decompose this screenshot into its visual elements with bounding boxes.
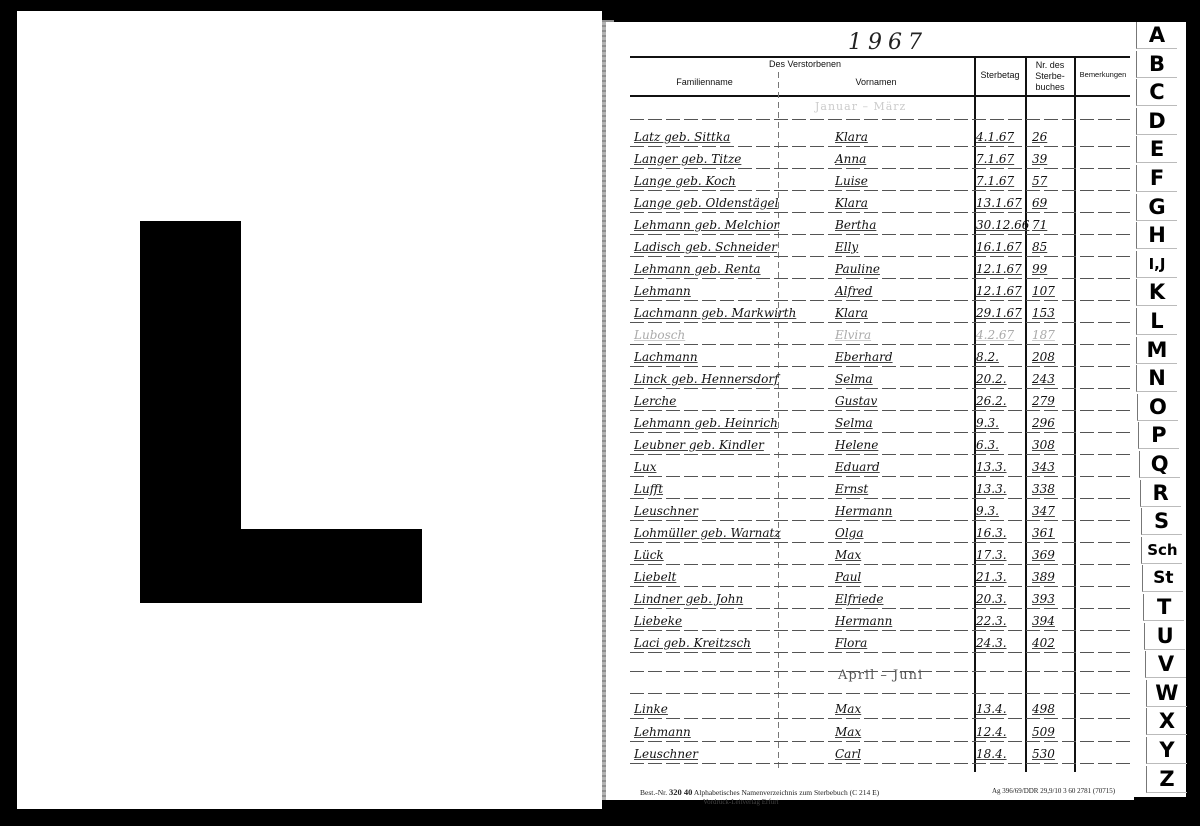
header-nr: Nr. des Sterbe-buches (1026, 60, 1074, 93)
ledger-row: Lachmann geb. MarkwirthKlara29.1.67153 (630, 301, 1130, 323)
print-code: Ag 396/69/DDR 29,9/10 3 60 2781 (70715) (992, 787, 1115, 795)
order-prefix: Best.-Nr. (640, 788, 667, 797)
death-date: 18.4. (976, 747, 1007, 761)
ledger-row: LiebeltPaul21.3.389 (630, 565, 1130, 587)
family-name: Linck geb. Hennersdorf (634, 372, 779, 386)
index-tab-ij[interactable]: I,J (1136, 251, 1177, 278)
ledger-row: LehmannMax12.4.509 (630, 720, 1130, 742)
death-date: 7.1.67 (976, 152, 1014, 166)
index-tab-sch[interactable]: Sch (1141, 537, 1182, 564)
given-name: Elvira (835, 328, 871, 342)
given-name: Max (835, 725, 861, 739)
header-given: Vornamen (780, 77, 972, 87)
register-number: 498 (1032, 702, 1055, 716)
index-letter-l (140, 221, 422, 603)
death-date: 6.3. (976, 438, 999, 452)
family-name: Latz geb. Sittka (634, 130, 730, 144)
index-tab-a[interactable]: A (1136, 22, 1177, 49)
ledger-row: LachmannEberhard8.2.208 (630, 345, 1130, 367)
ledger-row: Lange geb. OldenstägelKlara13.1.6769 (630, 191, 1130, 213)
given-name: Gustav (835, 394, 877, 408)
given-name: Olga (835, 526, 864, 540)
family-name: Lehmann geb. Renta (634, 262, 761, 276)
stamp-row-2 (630, 672, 1130, 694)
family-name: Lehmann geb. Melchior (634, 218, 779, 232)
register-number: 308 (1032, 438, 1055, 452)
family-name: Laci geb. Kreitzsch (634, 636, 751, 650)
register-number: 393 (1032, 592, 1055, 606)
ledger-row: Leubner geb. KindlerHelene6.3.308 (630, 433, 1130, 455)
family-name: Lerche (634, 394, 676, 408)
death-date: 13.3. (976, 482, 1007, 496)
death-date: 30.12.66 (976, 218, 1029, 232)
index-tab-c[interactable]: C (1136, 79, 1177, 106)
index-tab-z[interactable]: Z (1146, 766, 1187, 793)
register-number: 361 (1032, 526, 1055, 540)
ledger-row: Lehmann geb. MelchiorBertha30.12.6671 (630, 213, 1130, 235)
index-tab-h[interactable]: H (1136, 222, 1177, 249)
index-tab-x[interactable]: X (1146, 708, 1187, 735)
family-name: Lehmann (634, 725, 691, 739)
family-name: Liebelt (634, 570, 676, 584)
given-name: Selma (835, 372, 873, 386)
family-name: Lachmann geb. Markwirth (634, 306, 796, 320)
register-number: 187 (1032, 328, 1055, 342)
death-date: 24.3. (976, 636, 1007, 650)
index-tab-w[interactable]: W (1146, 680, 1187, 707)
register-number: 71 (1032, 218, 1047, 232)
given-name: Anna (835, 152, 866, 166)
index-tab-p[interactable]: P (1138, 422, 1179, 449)
family-name: Lange geb. Oldenstägel (634, 196, 779, 210)
death-date: 22.3. (976, 614, 1007, 628)
register-number: 369 (1032, 548, 1055, 562)
ledger-row: LuboschElvira4.2.67187 (630, 323, 1130, 345)
family-name: Linke (634, 702, 668, 716)
index-tab-k[interactable]: K (1136, 279, 1177, 306)
index-tab-m[interactable]: M (1136, 337, 1177, 364)
death-date: 12.1.67 (976, 284, 1022, 298)
stamp-row (630, 98, 1130, 120)
given-name: Flora (835, 636, 867, 650)
death-date: 20.2. (976, 372, 1007, 386)
letter-foot (140, 529, 422, 603)
register-number: 509 (1032, 725, 1055, 739)
publisher: Vordruck-Leitverlag Erfurt (703, 798, 778, 806)
index-tab-u[interactable]: U (1144, 623, 1185, 650)
left-page (17, 11, 602, 809)
ledger-row: LeuschnerHermann9.3.347 (630, 499, 1130, 521)
death-date: 4.1.67 (976, 130, 1014, 144)
death-date: 21.3. (976, 570, 1007, 584)
family-name: Lück (634, 548, 664, 562)
given-name: Eduard (835, 460, 880, 474)
death-date: 26.2. (976, 394, 1007, 408)
given-name: Helene (835, 438, 878, 452)
ledger-row: Latz geb. SittkaKlara4.1.6726 (630, 125, 1130, 147)
ledger-row: Lohmüller geb. WarnatzOlga16.3.361 (630, 521, 1130, 543)
ledger-row: Lindner geb. JohnElfriede20.3.393 (630, 587, 1130, 609)
given-name: Klara (835, 130, 868, 144)
death-date: 12.4. (976, 725, 1007, 739)
index-tab-e[interactable]: E (1136, 136, 1177, 163)
index-tab-v[interactable]: V (1145, 651, 1186, 678)
given-name: Selma (835, 416, 873, 430)
death-date: 8.2. (976, 350, 999, 364)
ledger-row: LinkeMax13.4.498 (630, 697, 1130, 719)
family-name: Lange geb. Koch (634, 174, 736, 188)
family-name: Lohmüller geb. Warnatz (634, 526, 781, 540)
year-heading: 1967 (848, 30, 928, 55)
register-number: 530 (1032, 747, 1055, 761)
given-name: Hermann (835, 504, 892, 518)
ledger-row: LufftErnst13.3.338 (630, 477, 1130, 499)
register-number: 26 (1032, 130, 1047, 144)
family-name: Lehmann (634, 284, 691, 298)
death-date: 17.3. (976, 548, 1007, 562)
given-name: Klara (835, 196, 868, 210)
header-remarks: Bemerkungen (1075, 70, 1131, 79)
family-name: Lux (634, 460, 656, 474)
form-footer: Best.-Nr. 320 40 Alphabetisches Namenver… (640, 787, 879, 797)
register-number: 153 (1032, 306, 1055, 320)
death-date: 9.3. (976, 504, 999, 518)
ledger-row: Langer geb. TitzeAnna7.1.6739 (630, 147, 1130, 169)
death-date: 4.2.67 (976, 328, 1014, 342)
death-date: 13.3. (976, 460, 1007, 474)
register-number: 279 (1032, 394, 1055, 408)
ledger-row: LiebekeHermann22.3.394 (630, 609, 1130, 631)
death-date: 20.3. (976, 592, 1007, 606)
ledger-row: LuxEduard13.3.343 (630, 455, 1130, 477)
death-date: 7.1.67 (976, 174, 1014, 188)
ledger-row: LercheGustav26.2.279 (630, 389, 1130, 411)
family-name: Leubner geb. Kindler (634, 438, 764, 452)
family-name: Liebeke (634, 614, 682, 628)
ledger-row: LeuschnerCarl18.4.530 (630, 742, 1130, 764)
register-number: 107 (1032, 284, 1055, 298)
index-tab-o[interactable]: O (1137, 394, 1178, 421)
death-date: 16.1.67 (976, 240, 1022, 254)
index-tab-l[interactable]: L (1136, 308, 1177, 335)
index-tab-n[interactable]: N (1136, 365, 1177, 392)
death-date: 12.1.67 (976, 262, 1022, 276)
given-name: Carl (835, 747, 861, 761)
index-tab-r[interactable]: R (1140, 480, 1181, 507)
given-name: Alfred (835, 284, 872, 298)
death-date: 29.1.67 (976, 306, 1022, 320)
index-tab-y[interactable]: Y (1146, 737, 1187, 764)
given-name: Pauline (835, 262, 880, 276)
family-name: Lehmann geb. Heinrich (634, 416, 778, 430)
index-tab-b[interactable]: B (1136, 51, 1177, 78)
family-name: Lindner geb. John (634, 592, 743, 606)
index-tab-d[interactable]: D (1136, 108, 1177, 135)
header-bottom-rule (630, 95, 1130, 97)
header-family: Familienname (632, 77, 777, 87)
register-number: 296 (1032, 416, 1055, 430)
index-tab-s[interactable]: S (1141, 508, 1182, 535)
index-tab-f[interactable]: F (1136, 165, 1177, 192)
register-number: 338 (1032, 482, 1055, 496)
ledger-row: Lange geb. KochLuise7.1.6757 (630, 169, 1130, 191)
given-name: Hermann (835, 614, 892, 628)
family-name: Lachmann (634, 350, 698, 364)
ledger-row: LehmannAlfred12.1.67107 (630, 279, 1130, 301)
register-number: 57 (1032, 174, 1047, 188)
death-date: 13.1.67 (976, 196, 1022, 210)
death-date: 13.4. (976, 702, 1007, 716)
form-title: Alphabetisches Namenverzeichnis zum Ster… (694, 788, 879, 797)
given-name: Paul (835, 570, 861, 584)
ledger-row: LückMax17.3.369 (630, 543, 1130, 565)
given-name: Klara (835, 306, 868, 320)
index-tab-t[interactable]: T (1143, 594, 1184, 621)
index-tab-g[interactable]: G (1136, 194, 1177, 221)
register-number: 39 (1032, 152, 1047, 166)
index-tab-st[interactable]: St (1142, 565, 1183, 592)
death-date: 16.3. (976, 526, 1007, 540)
ledger-row: Linck geb. HennersdorfSelma20.2.243 (630, 367, 1130, 389)
family-name: Leuschner (634, 504, 698, 518)
register-number: 343 (1032, 460, 1055, 474)
header-top-rule (630, 56, 1130, 58)
register-number: 347 (1032, 504, 1055, 518)
given-name: Max (835, 548, 861, 562)
register-number: 402 (1032, 636, 1055, 650)
given-name: Max (835, 702, 861, 716)
given-name: Bertha (835, 218, 876, 232)
family-name: Ladisch geb. Schneider (634, 240, 777, 254)
register-number: 69 (1032, 196, 1047, 210)
register-number: 99 (1032, 262, 1047, 276)
given-name: Luise (835, 174, 868, 188)
given-name: Eberhard (835, 350, 893, 364)
index-tab-q[interactable]: Q (1139, 451, 1180, 478)
register-number: 394 (1032, 614, 1055, 628)
given-name: Elly (835, 240, 858, 254)
ledger-row: Lehmann geb. HeinrichSelma9.3.296 (630, 411, 1130, 433)
order-number: 320 40 (669, 787, 692, 797)
register-number: 389 (1032, 570, 1055, 584)
family-name: Langer geb. Titze (634, 152, 741, 166)
header-group-label: Des Verstorbenen (640, 59, 970, 69)
family-name: Leuschner (634, 747, 698, 761)
header-date: Sterbetag (975, 70, 1025, 80)
given-name: Elfriede (835, 592, 884, 606)
ledger-row: Lehmann geb. RentaPauline12.1.6799 (630, 257, 1130, 279)
given-name: Ernst (835, 482, 868, 496)
ledger-row: Ladisch geb. SchneiderElly16.1.6785 (630, 235, 1130, 257)
family-name: Lubosch (634, 328, 685, 342)
register-number: 85 (1032, 240, 1047, 254)
death-date: 9.3. (976, 416, 999, 430)
family-name: Lufft (634, 482, 663, 496)
register-number: 208 (1032, 350, 1055, 364)
register-number: 243 (1032, 372, 1055, 386)
